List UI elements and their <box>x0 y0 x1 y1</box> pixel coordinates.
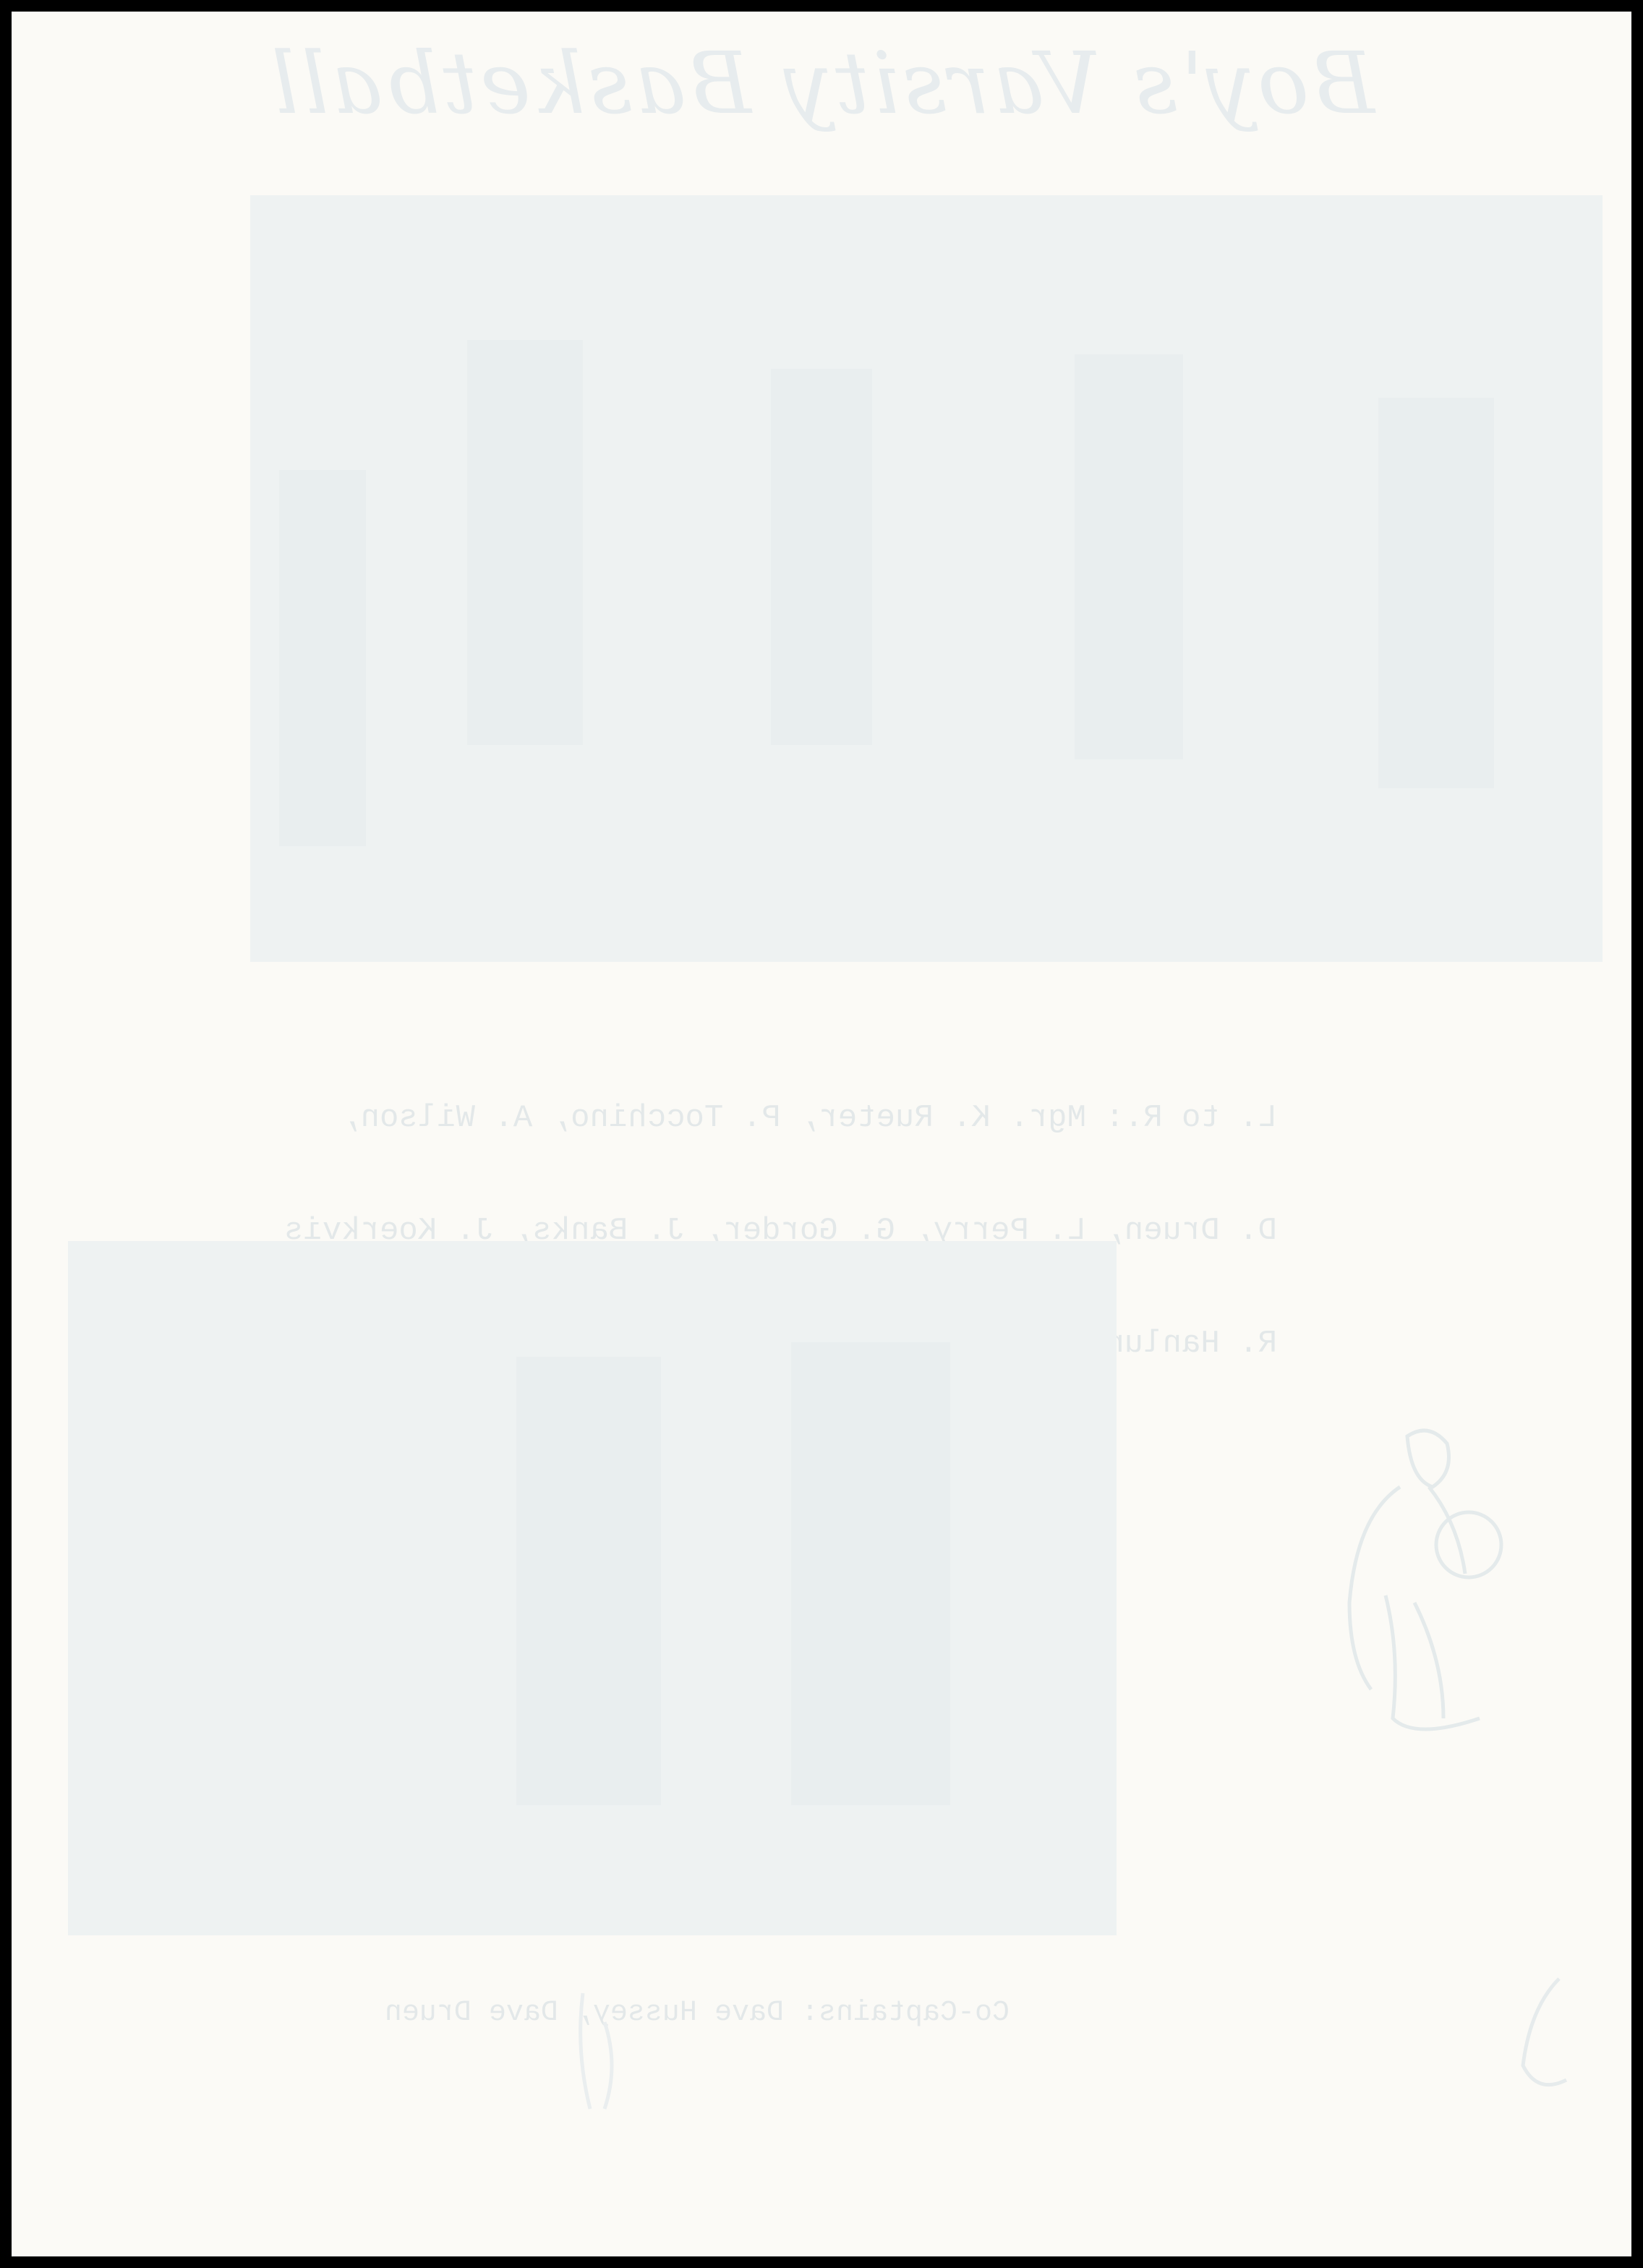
team-photo <box>250 195 1603 962</box>
small-sketch-icon <box>1501 1964 1588 2109</box>
team-caption-line: L. to R.: Mgr. K. Rueter, P. Tocchino, A… <box>366 1099 1277 1137</box>
page-title: Boy's Varsity Basketball <box>12 33 1631 133</box>
co-captains-photo <box>68 1241 1117 1935</box>
small-sketch-icon <box>561 1979 648 2123</box>
basketball-player-sketch-icon <box>1313 1407 1530 1783</box>
yearbook-page: Boy's Varsity Basketball L. to R.: Mgr. … <box>12 12 1631 2256</box>
